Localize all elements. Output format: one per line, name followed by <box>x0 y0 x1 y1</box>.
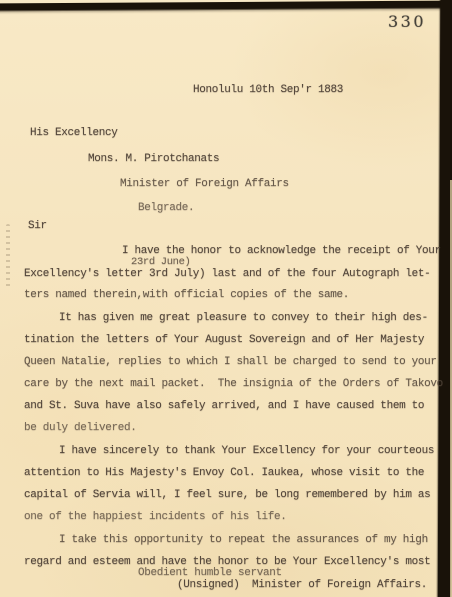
interlinear-date-note: 23rd June) <box>131 257 191 268</box>
body-line: Queen Natalie, replies to which I shall … <box>24 357 437 368</box>
address-line-recipient: His Excellency <box>30 128 118 139</box>
address-line-city: Belgrade. <box>138 203 194 214</box>
margin-marking <box>6 224 10 290</box>
signature-line: (Unsigned) Minister of Foreign Affairs. <box>177 580 427 591</box>
address-line-title: Minister of Foreign Affairs <box>120 179 289 190</box>
folio-number: 330 <box>388 12 426 31</box>
scanned-letter-page: 330 Honolulu 10th Sep'r 1883 His Excelle… <box>0 0 452 597</box>
body-line: tination the letters of Your August Sove… <box>24 335 424 346</box>
body-line: care by the next mail packet. The insign… <box>24 379 443 390</box>
body-line: attention to His Majesty's Envoy Col. Ia… <box>24 468 424 479</box>
body-line: one of the happiest incidents of his lif… <box>24 512 287 523</box>
body-line: Excellency's letter 3rd July) last and o… <box>24 269 430 280</box>
body-line: ters named therein,with official copies … <box>24 290 349 301</box>
body-line: I have sincerely to thank Your Excellenc… <box>59 446 434 457</box>
salutation: Sir <box>28 221 47 232</box>
closing-servant-line: Obedient humble servant <box>138 568 282 579</box>
address-line-name: Mons. M. Pirotchanats <box>88 154 219 165</box>
body-line: capital of Servia will, I feel sure, be … <box>24 490 430 501</box>
body-line: be duly delivered. <box>24 423 137 434</box>
scan-edge-top <box>0 1 452 11</box>
body-line: and St. Suva have also safely arrived, a… <box>24 401 424 412</box>
body-line: It has given me great pleasure to convey… <box>59 313 428 324</box>
scan-edge-left <box>0 0 4 597</box>
body-line: I take this opportunity to repeat the as… <box>59 535 428 546</box>
dateline: Honolulu 10th Sep'r 1883 <box>193 85 343 96</box>
